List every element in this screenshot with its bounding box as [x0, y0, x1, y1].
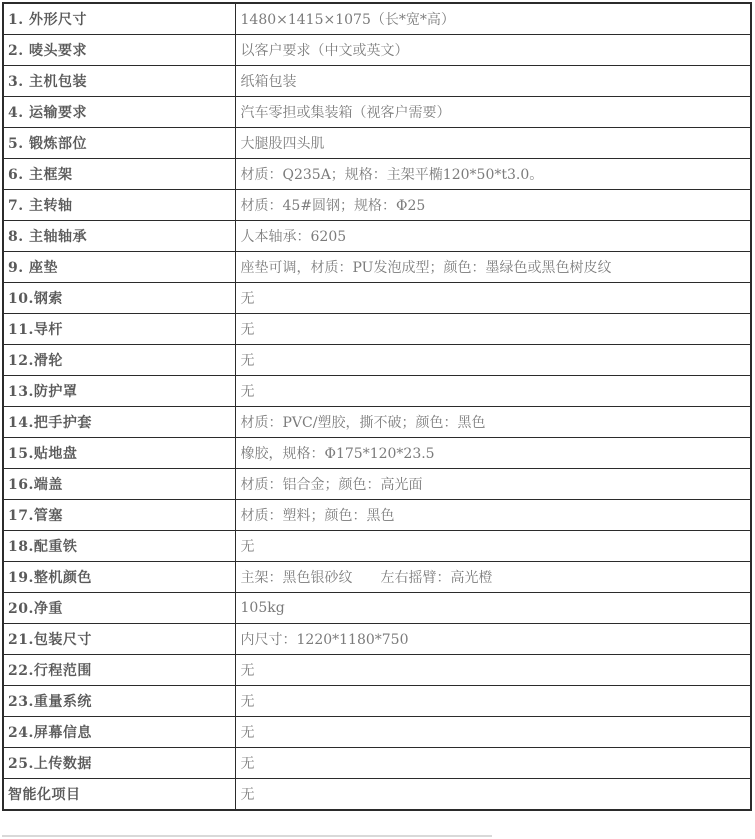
table-row: 4. 运输要求 汽车零担或集装箱（视客户需要） — [3, 97, 751, 128]
spec-value: 人本轴承：6205 — [235, 221, 751, 252]
spec-value: 无 — [235, 686, 751, 717]
spec-value: 材质：PVC/塑胶，撕不破；颜色：黑色 — [235, 407, 751, 438]
spec-value: 纸箱包装 — [235, 66, 751, 97]
table-row: 2. 唛头要求 以客户要求（中文或英文） — [3, 35, 751, 66]
spec-value: 大腿股四头肌 — [235, 128, 751, 159]
table-row: 25.上传数据 无 — [3, 748, 751, 779]
spec-label: 1. 外形尺寸 — [3, 3, 235, 35]
table-row: 3. 主机包装 纸箱包装 — [3, 66, 751, 97]
spec-value: 105kg — [235, 593, 751, 624]
table-row: 23.重量系统 无 — [3, 686, 751, 717]
spec-value: 内尺寸：1220*1180*750 — [235, 624, 751, 655]
spec-label: 8. 主轴轴承 — [3, 221, 235, 252]
spec-label: 16.端盖 — [3, 469, 235, 500]
spec-label: 9. 座垫 — [3, 252, 235, 283]
spec-label: 22.行程范围 — [3, 655, 235, 686]
table-row: 8. 主轴轴承 人本轴承：6205 — [3, 221, 751, 252]
spec-value: 无 — [235, 655, 751, 686]
table-row: 15.贴地盘 橡胶，规格：Φ175*120*23.5 — [3, 438, 751, 469]
spec-value: 材质：铝合金；颜色：高光面 — [235, 469, 751, 500]
table-row: 9. 座垫 座垫可调，材质：PU发泡成型；颜色：墨绿色或黑色树皮纹 — [3, 252, 751, 283]
spec-value: 以客户要求（中文或英文） — [235, 35, 751, 66]
spec-label: 3. 主机包装 — [3, 66, 235, 97]
table-row: 18.配重铁 无 — [3, 531, 751, 562]
spec-value: 无 — [235, 531, 751, 562]
spec-value: 主架：黑色银砂纹 左右摇臂：高光橙 — [235, 562, 751, 593]
table-row: 14.把手护套 材质：PVC/塑胶，撕不破；颜色：黑色 — [3, 407, 751, 438]
table-row: 22.行程范围 无 — [3, 655, 751, 686]
spec-value: 座垫可调，材质：PU发泡成型；颜色：墨绿色或黑色树皮纹 — [235, 252, 751, 283]
table-row: 6. 主框架 材质：Q235A；规格：主架平椭120*50*t3.0。 — [3, 159, 751, 190]
table-row: 1. 外形尺寸 1480×1415×1075（长*宽*高） — [3, 3, 751, 35]
spec-label: 17.管塞 — [3, 500, 235, 531]
spec-table-body: 1. 外形尺寸 1480×1415×1075（长*宽*高） 2. 唛头要求 以客… — [3, 3, 751, 810]
spec-label: 13.防护罩 — [3, 376, 235, 407]
spec-label: 12.滑轮 — [3, 345, 235, 376]
spec-value: 无 — [235, 748, 751, 779]
spec-label: 20.净重 — [3, 593, 235, 624]
spec-value: 汽车零担或集装箱（视客户需要） — [235, 97, 751, 128]
spec-value: 无 — [235, 314, 751, 345]
spec-value: 1480×1415×1075（长*宽*高） — [235, 3, 751, 35]
spec-value: 材质：45#圆钢；规格：Φ25 — [235, 190, 751, 221]
spec-label: 18.配重铁 — [3, 531, 235, 562]
spec-label: 7. 主转轴 — [3, 190, 235, 221]
spec-value: 无 — [235, 376, 751, 407]
spec-label: 21.包装尺寸 — [3, 624, 235, 655]
spec-value: 材质：塑料；颜色：黑色 — [235, 500, 751, 531]
table-row: 17.管塞 材质：塑料；颜色：黑色 — [3, 500, 751, 531]
table-row: 16.端盖 材质：铝合金；颜色：高光面 — [3, 469, 751, 500]
spec-label: 15.贴地盘 — [3, 438, 235, 469]
table-row: 19.整机颜色 主架：黑色银砂纹 左右摇臂：高光橙 — [3, 562, 751, 593]
spec-label: 10.钢索 — [3, 283, 235, 314]
spec-label: 2. 唛头要求 — [3, 35, 235, 66]
table-row: 10.钢索 无 — [3, 283, 751, 314]
table-row: 5. 锻炼部位 大腿股四头肌 — [3, 128, 751, 159]
spec-value: 橡胶，规格：Φ175*120*23.5 — [235, 438, 751, 469]
spec-label: 23.重量系统 — [3, 686, 235, 717]
table-row: 12.滑轮 无 — [3, 345, 751, 376]
spec-value: 材质：Q235A；规格：主架平椭120*50*t3.0。 — [235, 159, 751, 190]
spec-value: 无 — [235, 283, 751, 314]
bottom-shadow-divider — [2, 835, 492, 837]
spec-value: 无 — [235, 717, 751, 748]
spec-label: 6. 主框架 — [3, 159, 235, 190]
spec-value: 无 — [235, 345, 751, 376]
spec-label: 智能化项目 — [3, 779, 235, 811]
table-row: 20.净重 105kg — [3, 593, 751, 624]
spec-label: 11.导杆 — [3, 314, 235, 345]
spec-label: 5. 锻炼部位 — [3, 128, 235, 159]
table-row: 7. 主转轴 材质：45#圆钢；规格：Φ25 — [3, 190, 751, 221]
table-row: 13.防护罩 无 — [3, 376, 751, 407]
table-row: 24.屏幕信息 无 — [3, 717, 751, 748]
table-row: 21.包装尺寸 内尺寸：1220*1180*750 — [3, 624, 751, 655]
spec-table: 1. 外形尺寸 1480×1415×1075（长*宽*高） 2. 唛头要求 以客… — [2, 2, 752, 811]
spec-label: 14.把手护套 — [3, 407, 235, 438]
spec-label: 24.屏幕信息 — [3, 717, 235, 748]
table-row: 智能化项目 无 — [3, 779, 751, 811]
spec-label: 19.整机颜色 — [3, 562, 235, 593]
spec-label: 4. 运输要求 — [3, 97, 235, 128]
spec-value: 无 — [235, 779, 751, 811]
table-row: 11.导杆 无 — [3, 314, 751, 345]
spec-label: 25.上传数据 — [3, 748, 235, 779]
